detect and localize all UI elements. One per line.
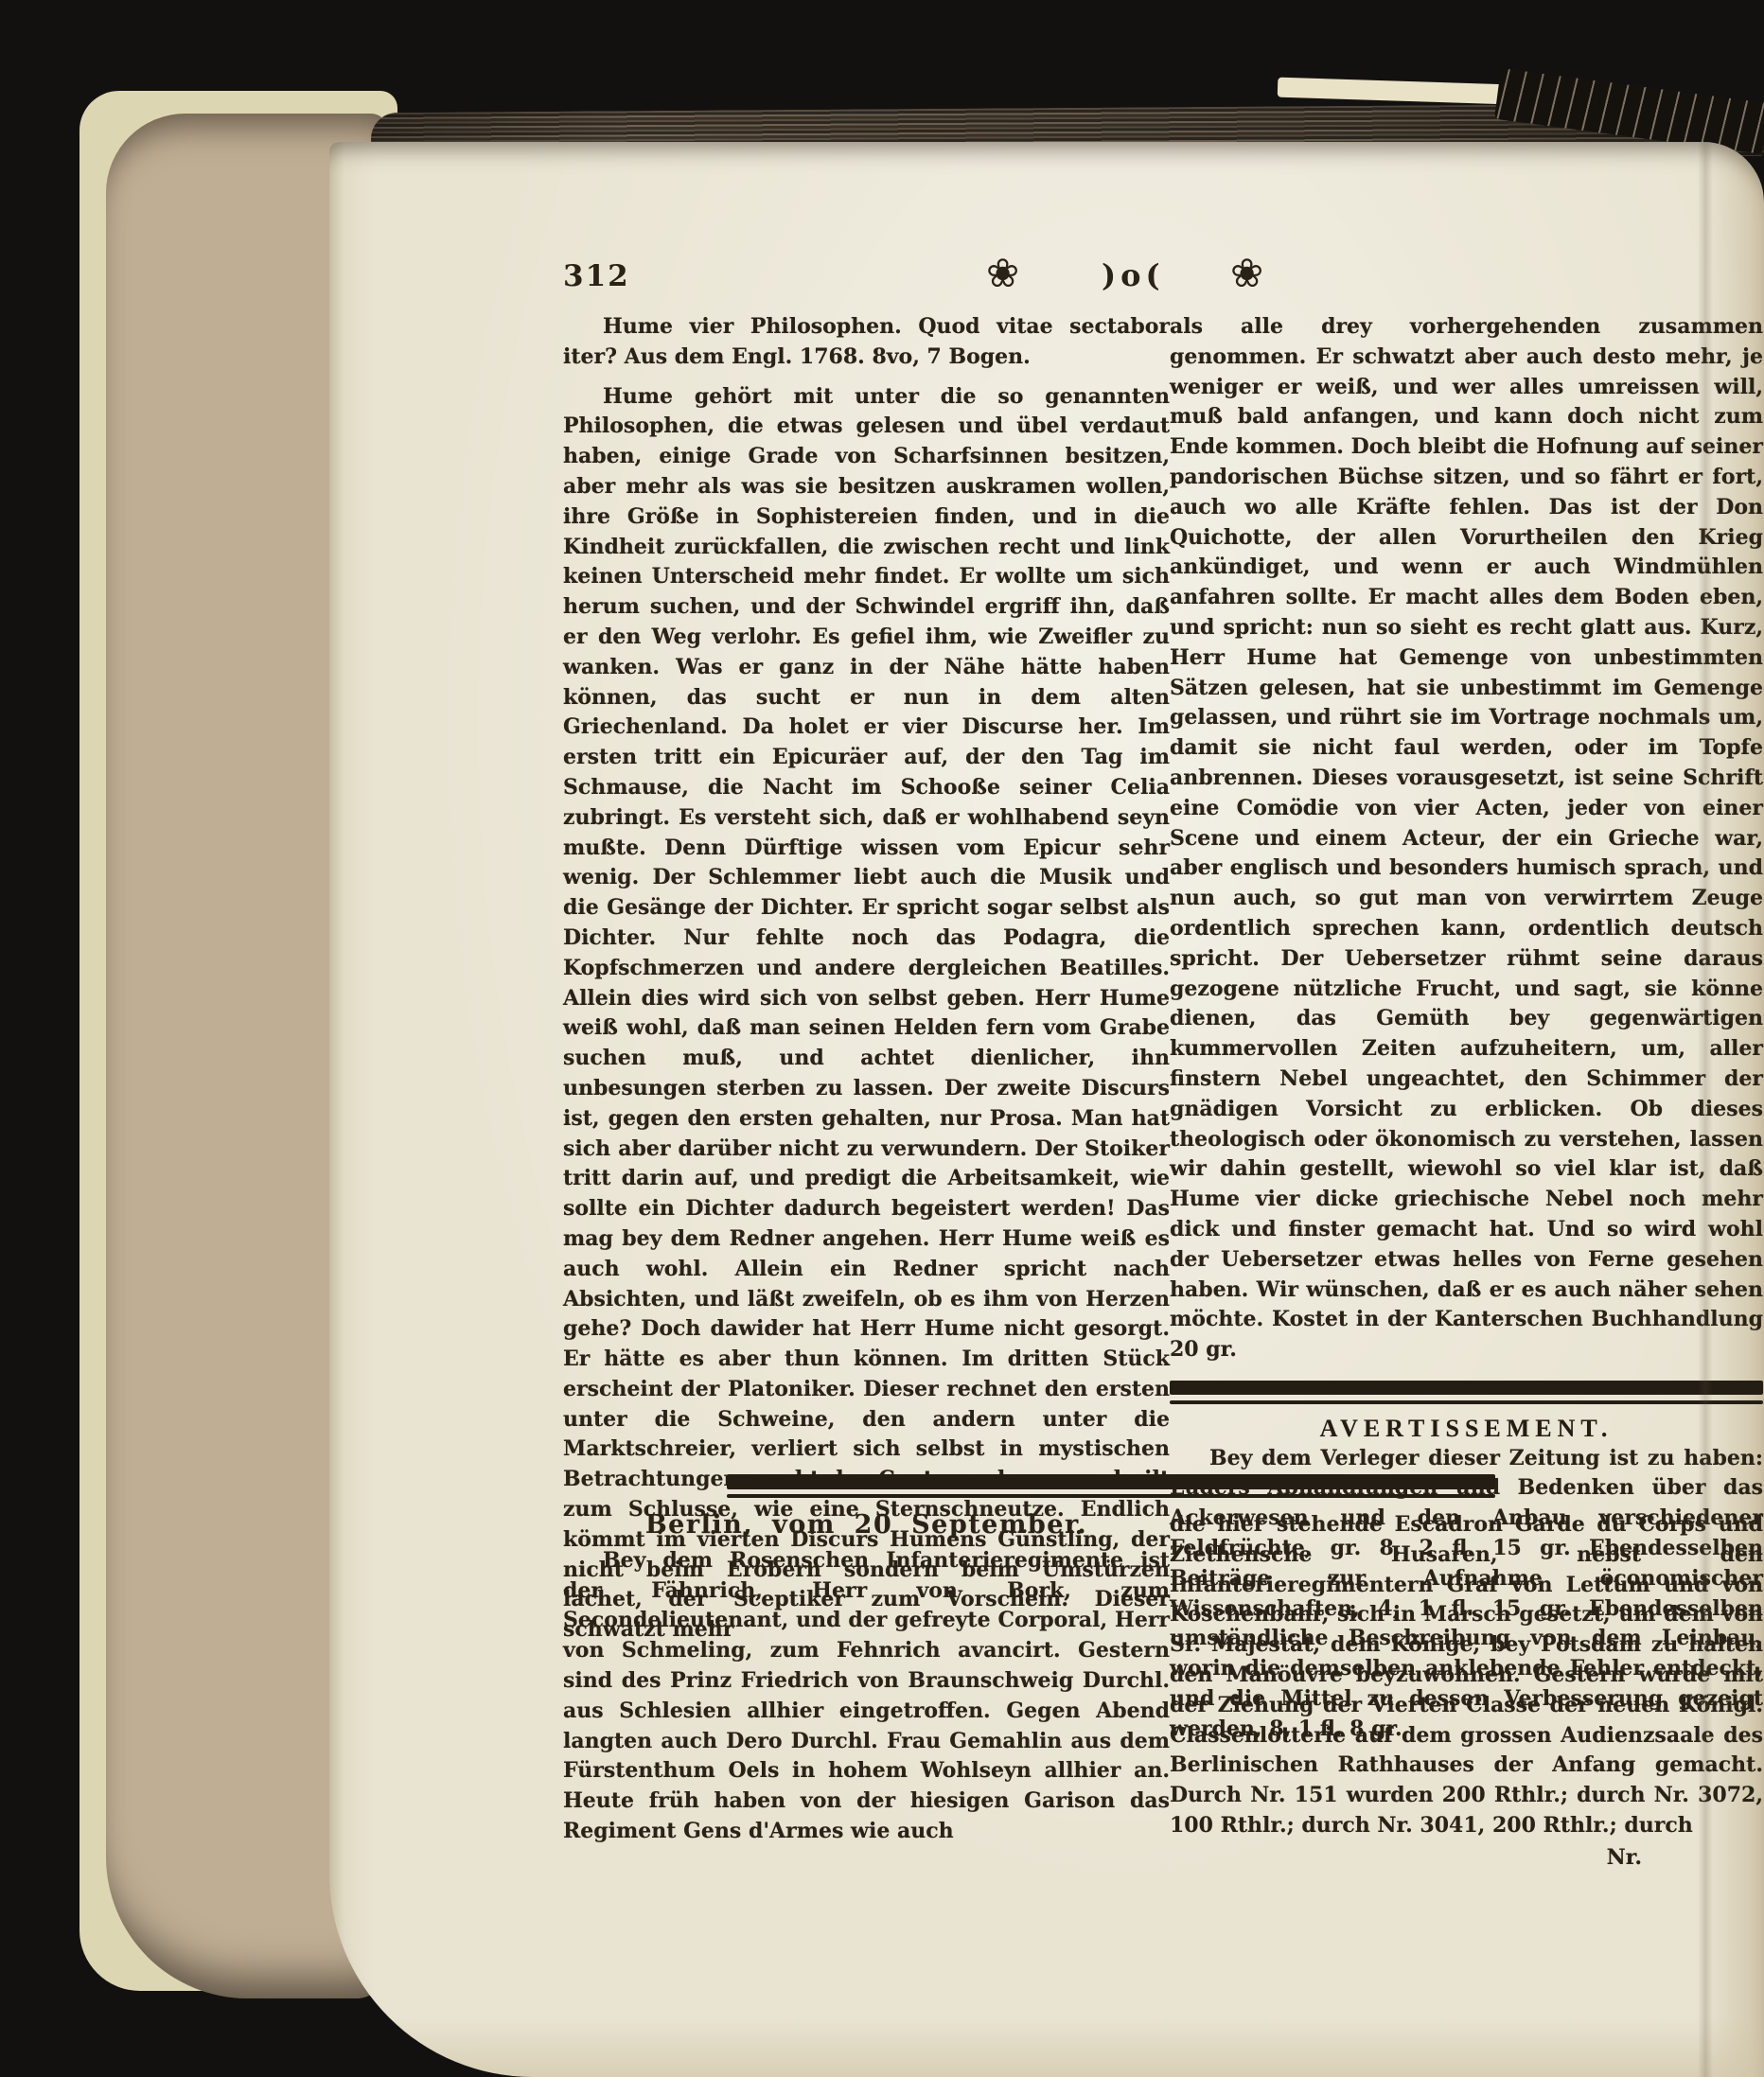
news-heading: Berlin, vom 20 September. <box>563 1510 1170 1540</box>
header-section-mark: )o( <box>1102 257 1165 293</box>
review-column-left: Hume vier Philosophen. Quod vitae sectab… <box>563 312 1170 1646</box>
news-column-right: die hier stehende Escadron Garde du Corp… <box>1170 1510 1763 1874</box>
review-title: Hume vier Philosophen. Quod vitae sectab… <box>563 312 1170 373</box>
catchword: Nr. <box>1170 1843 1763 1874</box>
news-body-left: Bey dem Rosenschen Infanterieregimente i… <box>563 1546 1170 1847</box>
section-divider-rule <box>727 1474 1495 1498</box>
scan-background: 312 ❀ )o( ❀ Hume vier Philosophen. Quod … <box>0 0 1764 2077</box>
avertissement-heading: AVERTISSEMENT. <box>1170 1414 1763 1444</box>
avertissement-rule <box>1170 1381 1763 1404</box>
review-body-left: Hume gehört mit unter die so genannten P… <box>563 382 1170 1646</box>
page: 312 ❀ )o( ❀ Hume vier Philosophen. Quod … <box>329 142 1764 2077</box>
header-fleuron-left-icon: ❀ <box>986 250 1019 296</box>
rule-thin-line <box>1170 1400 1763 1404</box>
page-number: 312 <box>563 259 630 293</box>
news-column-left: Berlin, vom 20 September. Bey dem Rosens… <box>563 1510 1170 1847</box>
divider-thin-line <box>727 1494 1495 1498</box>
rule-thick-bar <box>1170 1381 1763 1395</box>
header-fleuron-right-icon: ❀ <box>1230 250 1263 296</box>
review-body-right: als alle drey vorhergehenden zusammen ge… <box>1170 312 1763 1365</box>
divider-thick-bar <box>727 1474 1495 1489</box>
news-body-right: die hier stehende Escadron Garde du Corp… <box>1170 1510 1763 1841</box>
